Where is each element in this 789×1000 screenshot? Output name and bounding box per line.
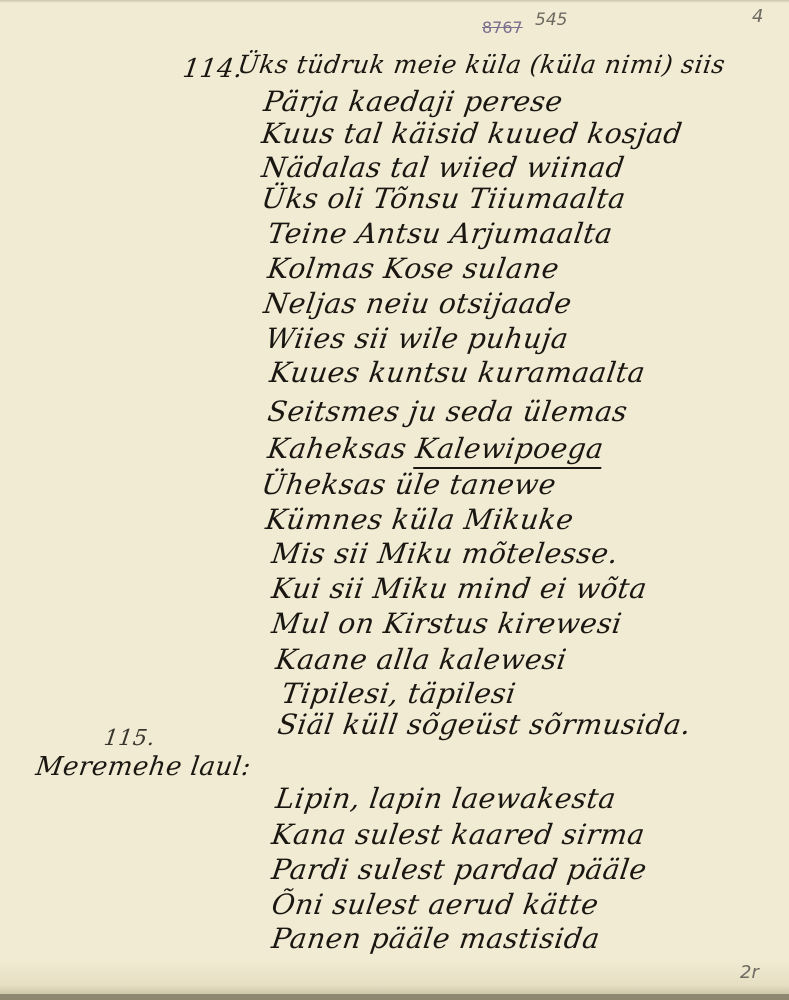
- verse-line: Mul on Kirstus kirewesi: [270, 607, 624, 640]
- verse-line: Kaane alla kalewesi: [274, 643, 569, 676]
- verse-line-text: Kaheksas: [266, 432, 419, 465]
- verse-line: Neljas neiu otsijaade: [262, 287, 574, 320]
- song-114-number: 114.: [181, 54, 245, 84]
- underlined-word: Kalewipoega: [413, 432, 606, 469]
- verse-line: Lipin, lapin laewakesta: [274, 782, 619, 815]
- verse-line: Siäl küll sõgeüst sõrmusida.: [276, 708, 693, 741]
- song-115-number: 115.: [102, 726, 156, 751]
- page-number: 4: [752, 6, 763, 27]
- verse-line: Tipilesi, täpilesi: [280, 677, 518, 710]
- verse-line: Mis sii Miku mõtelesse.: [270, 537, 621, 570]
- bottom-pencil-note: 2r: [740, 962, 759, 983]
- struck-archive-number: 8767: [482, 18, 523, 37]
- verse-line: Pärja kaedaji perese: [262, 85, 565, 118]
- verse-line: Panen pääle mastisida: [270, 922, 602, 955]
- verse-line: Kana sulest kaared sirma: [270, 818, 647, 851]
- verse-line: Üks oli Tõnsu Tiiumaalta: [260, 182, 628, 215]
- verse-line: Kümnes küla Mikuke: [264, 503, 576, 536]
- verse-line: Kolmas Kose sulane: [266, 252, 562, 285]
- verse-line: Kuus tal käisid kuued kosjad: [260, 117, 685, 150]
- verse-line: Kaheksas Kalewipoega: [266, 432, 606, 465]
- verse-line: Kuues kuntsu kuramaalta: [268, 356, 648, 389]
- archive-number: 545: [535, 10, 567, 30]
- verse-line: Õni sulest aerud kätte: [270, 888, 601, 921]
- verse-line: Üks tüdruk meie küla (küla nimi) siis: [236, 50, 727, 79]
- verse-line: Teine Antsu Arjumaalta: [266, 217, 615, 250]
- verse-line: Pardi sulest pardad pääle: [270, 853, 649, 886]
- manuscript-page: 4 8767 545 114. Üks tüdruk meie küla (kü…: [0, 0, 789, 1000]
- verse-line: Üheksas üle tanewe: [260, 468, 559, 501]
- verse-line: Wiies sii wile puhuja: [264, 322, 571, 355]
- verse-line: Nädalas tal wiied wiinad: [260, 151, 627, 184]
- song-115-title: Meremehe laul:: [34, 752, 253, 782]
- verse-line: Kui sii Miku mind ei wõta: [270, 572, 650, 605]
- verse-line: Seitsmes ju seda ülemas: [266, 395, 630, 428]
